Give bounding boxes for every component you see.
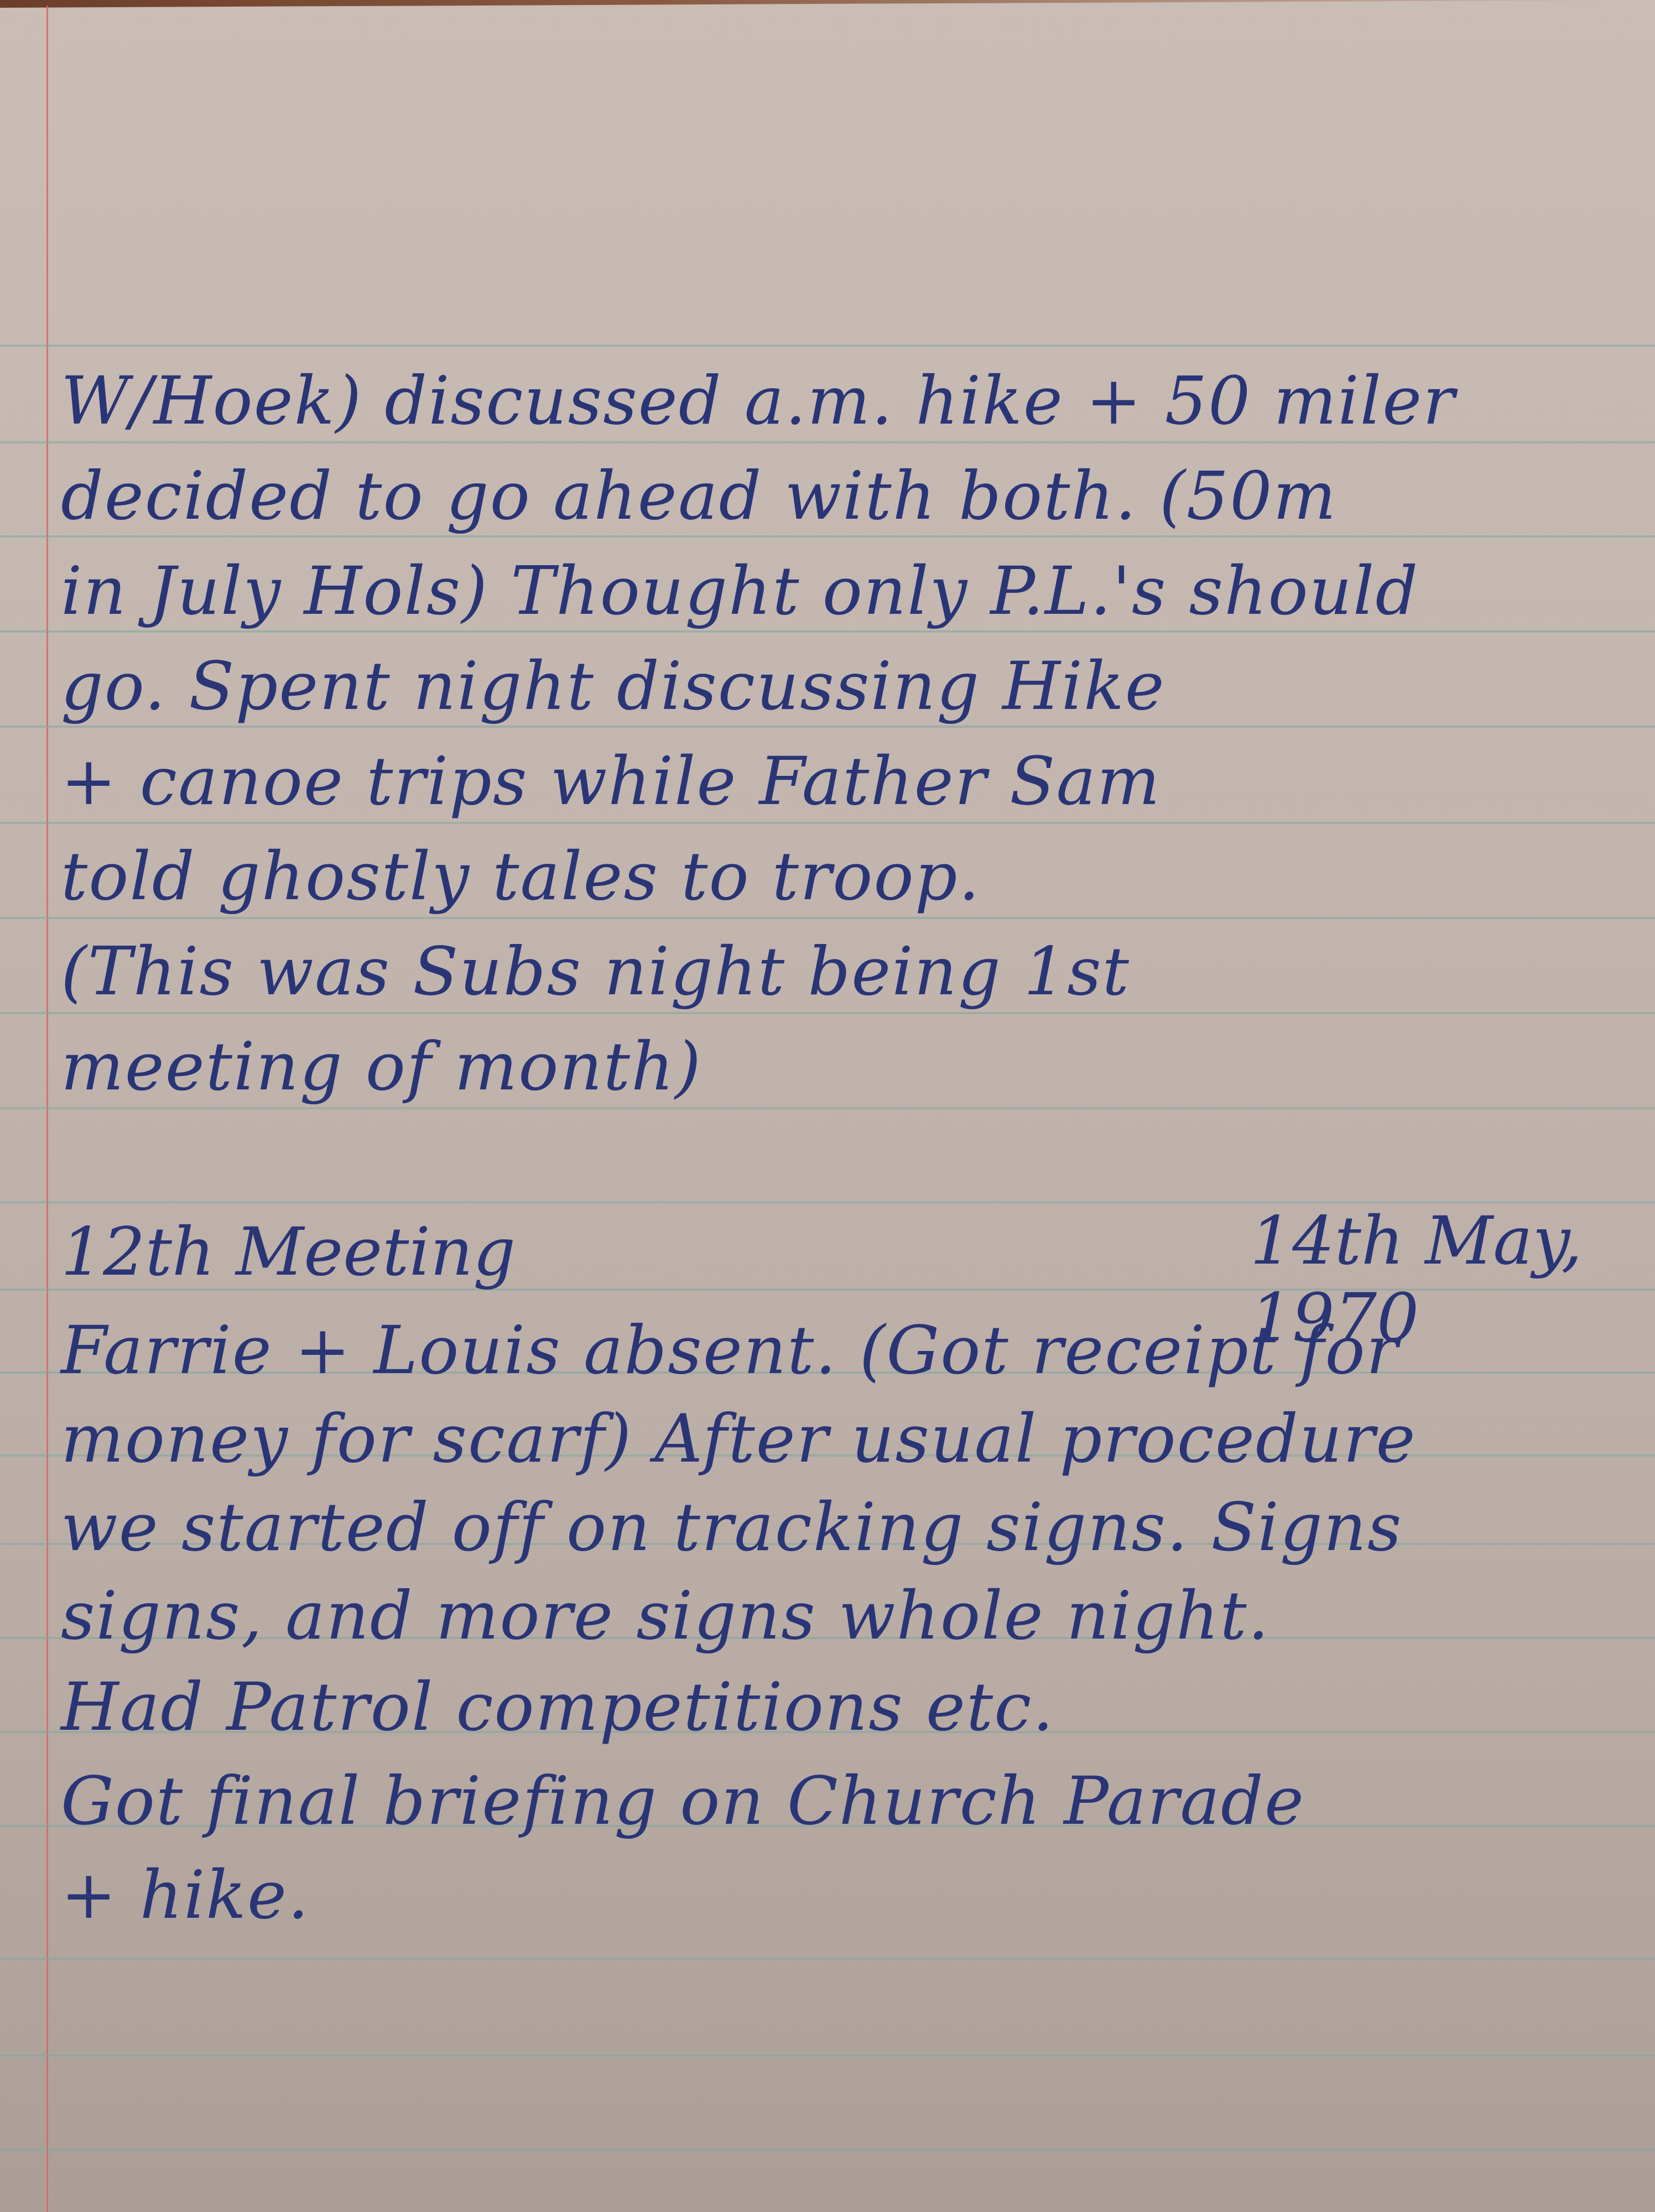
rule-line xyxy=(0,2148,1655,2151)
handwritten-line: in July Hols) Thought only P.L.'s should xyxy=(61,544,1456,639)
handwritten-line: W/Hoek) discussed a.m. hike + 50 miler xyxy=(61,354,1456,449)
handwritten-line: told ghostly tales to troop. xyxy=(61,830,1456,925)
rule-line xyxy=(0,345,1655,347)
rule-line xyxy=(0,1958,1655,1960)
handwritten-line: we started off on tracking signs. Signs xyxy=(61,1482,1417,1571)
handwritten-line: + canoe trips while Father Sam xyxy=(61,734,1456,830)
handwritten-line: Had Patrol competitions etc. xyxy=(61,1662,1417,1756)
notebook-page: W/Hoek) discussed a.m. hike + 50 miler d… xyxy=(0,0,1655,2212)
meeting-title: 12th Meeting xyxy=(61,1214,516,1291)
handwritten-line: (This was Subs night being 1st xyxy=(61,925,1456,1020)
entry-12-body: Farrie + Louis absent. (Got receipt for … xyxy=(61,1305,1417,1944)
handwritten-line: money for scarf) After usual procedure xyxy=(61,1394,1417,1482)
handwritten-line: + hike. xyxy=(61,1850,1417,1944)
entry-continued: W/Hoek) discussed a.m. hike + 50 miler d… xyxy=(61,354,1456,1115)
handwritten-line: signs, and more signs whole night. xyxy=(61,1571,1417,1662)
entry-heading: 12th Meeting 14th May, 1970 xyxy=(61,1214,1654,1309)
page-top-edge xyxy=(0,0,1655,8)
handwritten-line: Got final briefing on Church Parade xyxy=(61,1756,1417,1850)
rule-line xyxy=(0,2054,1655,2057)
handwritten-line: decided to go ahead with both. (50m xyxy=(61,449,1456,544)
handwritten-line: meeting of month) xyxy=(61,1020,1456,1115)
handwritten-line: go. Spent night discussing Hike xyxy=(61,639,1456,734)
handwritten-line: Farrie + Louis absent. (Got receipt for xyxy=(61,1305,1417,1394)
